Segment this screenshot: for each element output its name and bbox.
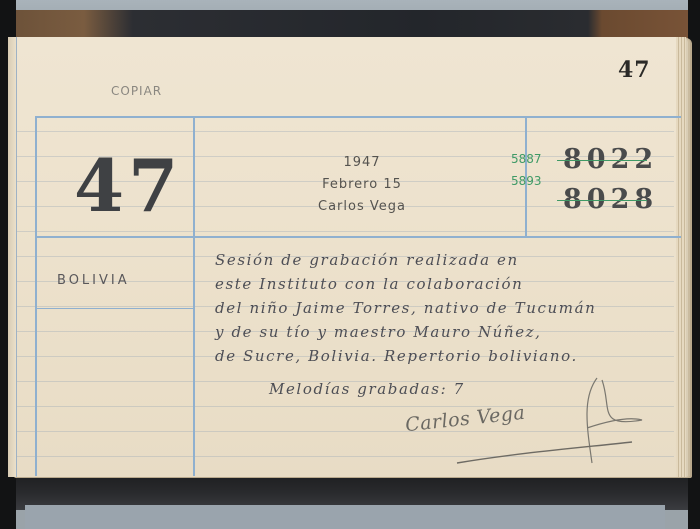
description-line: y de su tío y maestro Mauro Núñez, [215, 320, 665, 344]
description-line: Sesión de grabación realizada en [215, 248, 665, 272]
margin-note: COPIAR [111, 84, 162, 98]
entry-collector: Carlos Vega [212, 196, 512, 218]
grid-divider-left [193, 118, 195, 476]
entry-country: BOLIVIA [57, 273, 130, 288]
grid-divider-country [37, 308, 193, 309]
entry-grid: 47 1947 Febrero 15 Carlos Vega 5887 8022… [35, 116, 681, 476]
renumbered-catalog: 5893 [511, 174, 542, 188]
scanner-frame-right [688, 0, 700, 529]
entry-year: 1947 [212, 152, 512, 174]
description-line: de Sucre, Bolivia. Repertorio boliviano. [215, 344, 665, 368]
book-binding-top [0, 10, 700, 40]
page-gutter [8, 37, 17, 477]
renumbered-catalog: 5887 [511, 152, 542, 166]
entry-number-stamp: 47 [74, 143, 182, 228]
description-line: este Instituto con la colaboración [215, 272, 665, 296]
ledger-page: 47 COPIAR 47 1947 Febrero 15 Carlos Vega… [8, 37, 686, 477]
catalog-number-row: 5893 8028 [507, 180, 677, 216]
entry-date: Febrero 15 [212, 174, 512, 196]
catalog-numbers: 5887 8022 5893 8028 [507, 144, 677, 224]
strikethrough-line [557, 200, 647, 201]
page-number: 47 [618, 57, 651, 83]
description-line: del niño Jaime Torres, nativo de Tucumán [215, 296, 665, 320]
entry-header: 1947 Febrero 15 Carlos Vega [212, 152, 512, 218]
entry-description: Sesión de grabación realizada en este In… [215, 248, 665, 368]
grid-divider-header [37, 236, 681, 238]
strikethrough-line [557, 160, 647, 161]
scan-background-bottom [25, 505, 665, 529]
